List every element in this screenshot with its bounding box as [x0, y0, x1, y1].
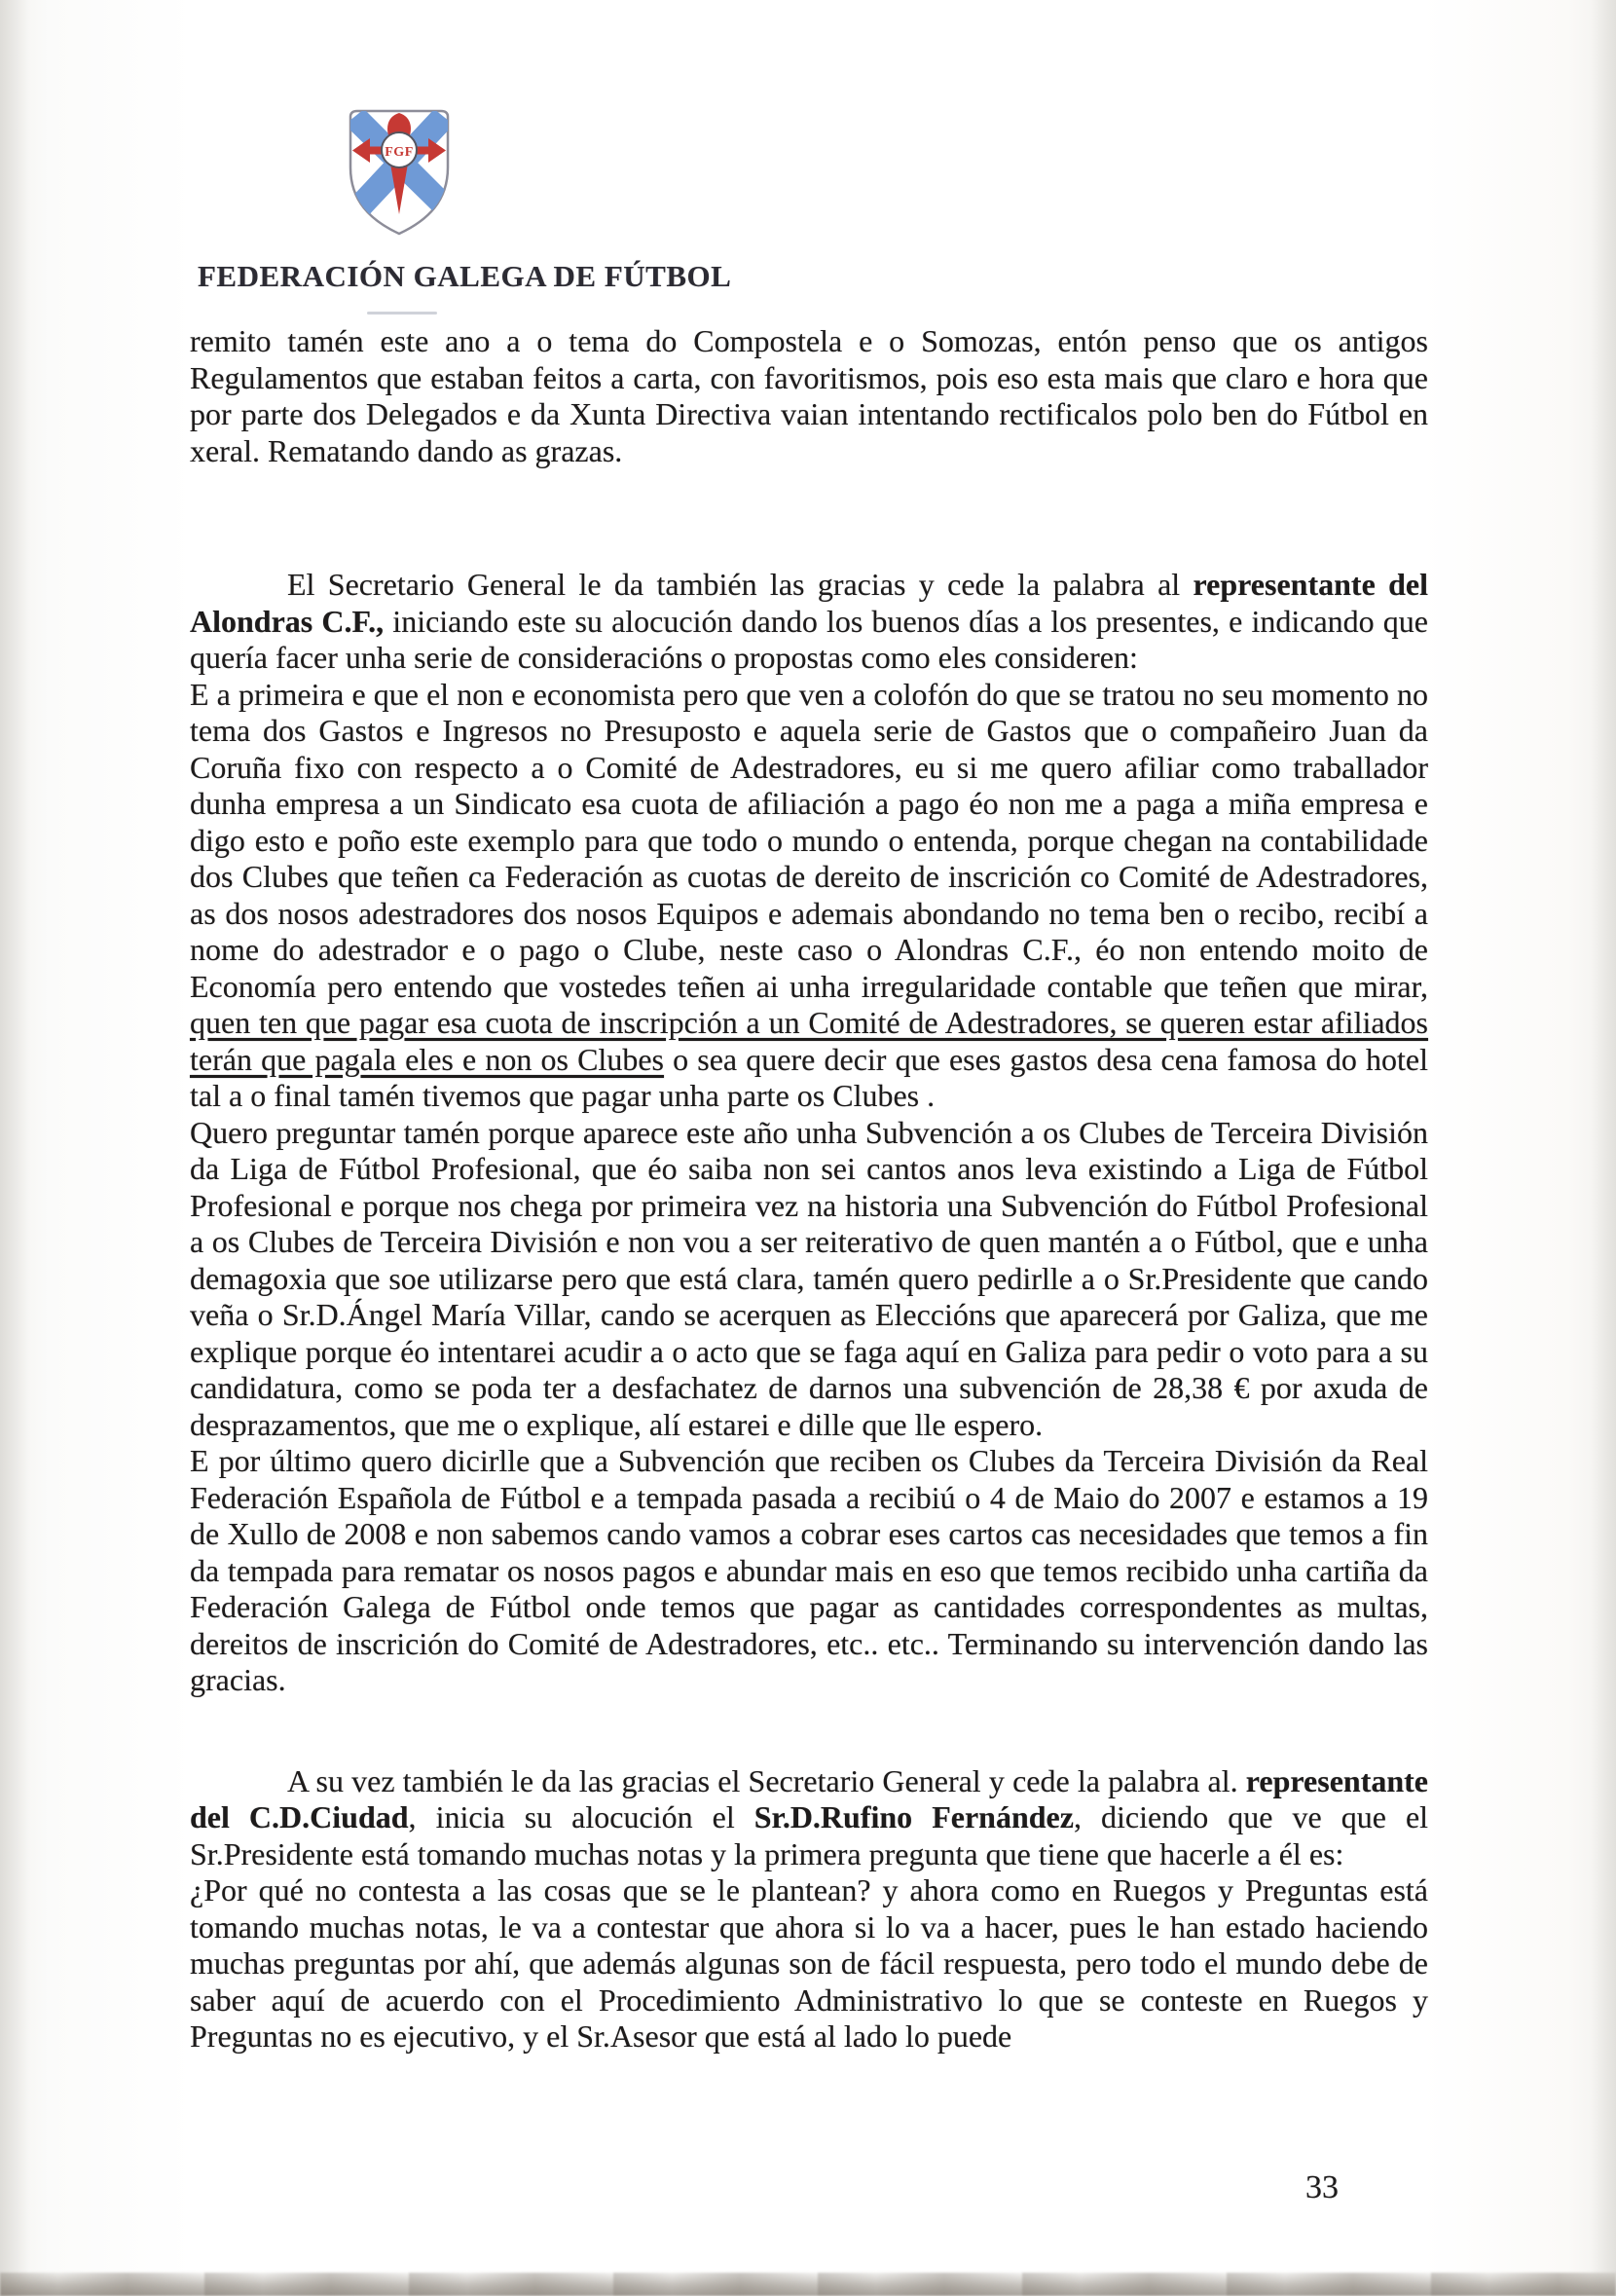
- document-body: remito tamén este ano a o tema do Compos…: [190, 323, 1428, 2055]
- scan-mark-dash: [367, 312, 437, 315]
- text-run: E a primeira e que el non e economista p…: [190, 677, 1428, 1004]
- scan-edge-shadow-right: [1591, 0, 1616, 2296]
- paragraph: Quero preguntar tamén porque aparece est…: [190, 1115, 1428, 1444]
- organization-name: FEDERACIÓN GALEGA DE FÚTBOL: [198, 259, 743, 294]
- text-run: El Secretario General le da también las …: [287, 567, 1194, 602]
- text-run: E por último quero dicirlle que a Subven…: [190, 1443, 1428, 1697]
- text-run: Quero preguntar tamén porque aparece est…: [190, 1115, 1428, 1442]
- text-run: A su vez también le da las gracias el Se…: [287, 1763, 1246, 1798]
- federation-crest-logo: FGF: [341, 101, 458, 240]
- text-run: , inicia su alocución el: [409, 1799, 754, 1834]
- paragraph: E por último quero dicirlle que a Subven…: [190, 1443, 1428, 1699]
- paragraph: remito tamén este ano a o tema do Compos…: [190, 323, 1428, 469]
- text-run: ¿Por qué no contesta a las cosas que se …: [190, 1872, 1428, 2054]
- text-run: remito tamén este ano a o tema do Compos…: [190, 323, 1428, 468]
- monogram-text: FGF: [385, 145, 414, 160]
- paragraph: E a primeira e que el non e economista p…: [190, 677, 1428, 1115]
- page-number: 33: [1305, 2169, 1339, 2206]
- paragraph: A su vez también le da las gracias el Se…: [190, 1763, 1428, 1873]
- bold-text-run: Sr.D.Rufino Fernández: [754, 1799, 1074, 1834]
- paragraph: El Secretario General le da también las …: [190, 567, 1428, 677]
- scan-artifact-bottom-strip: [0, 2273, 1616, 2296]
- paragraph: ¿Por qué no contesta a las cosas que se …: [190, 1872, 1428, 2055]
- scanned-document-page: FGF FEDERACIÓN GALEGA DE FÚTBOL remito t…: [0, 0, 1616, 2296]
- scan-edge-shadow-left: [0, 0, 29, 2296]
